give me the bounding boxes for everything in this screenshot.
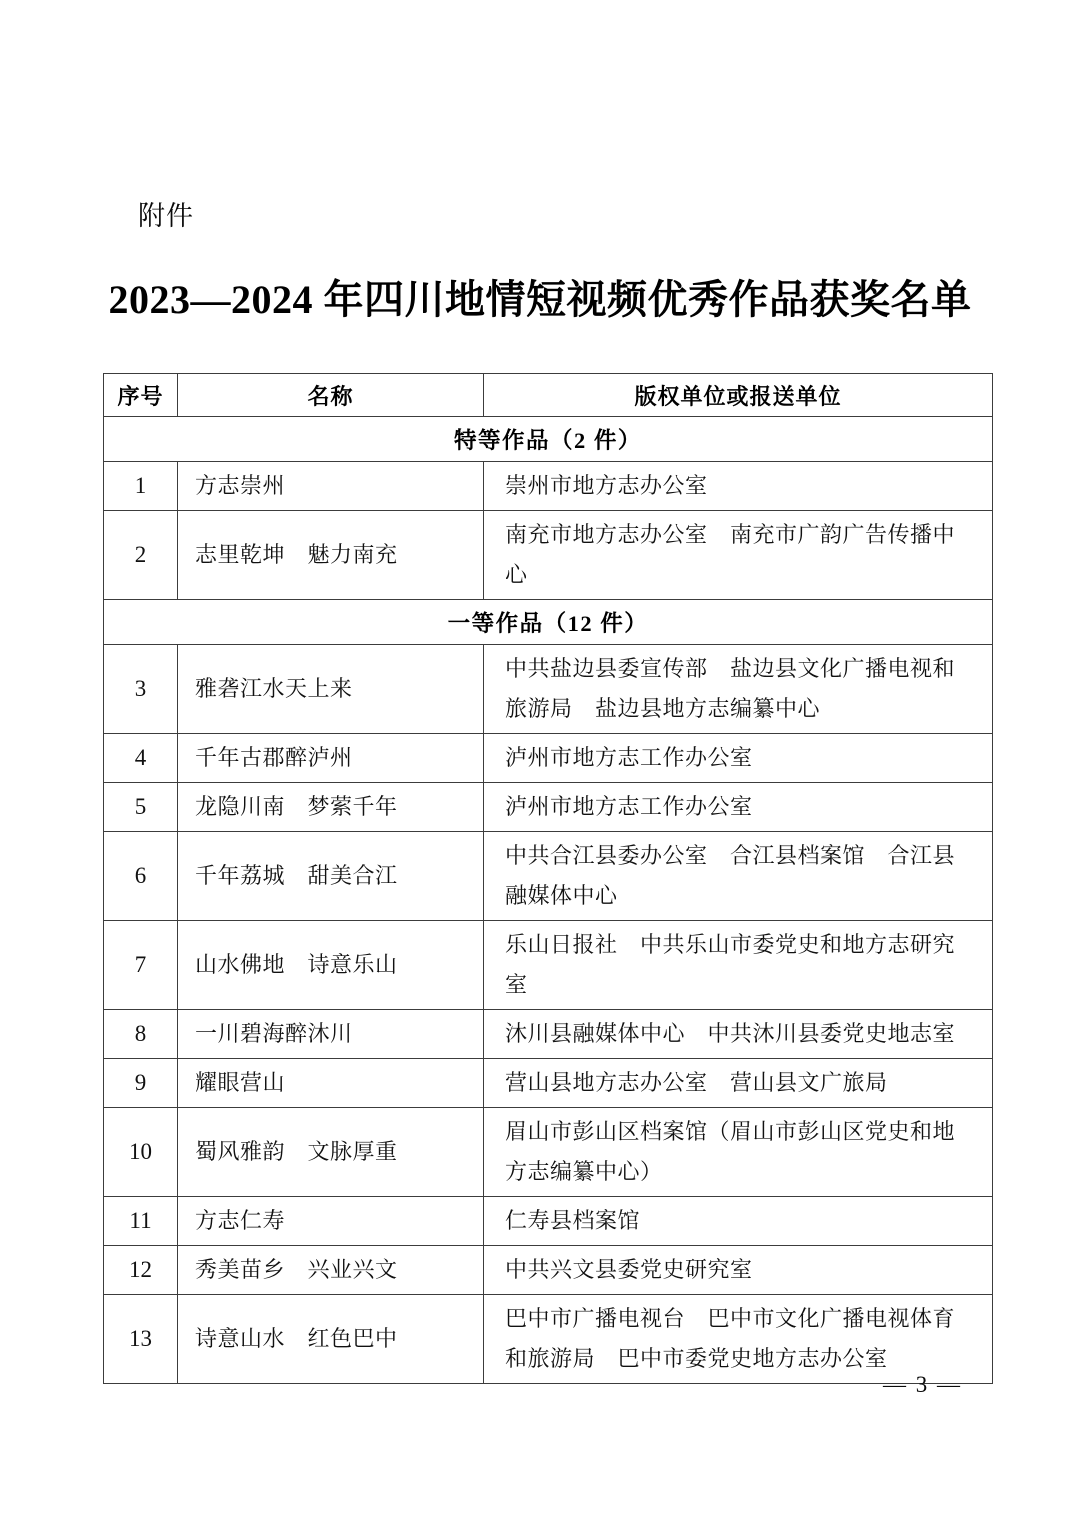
work-name: 方志仁寿 [178,1197,484,1246]
work-name: 耀眼营山 [178,1059,484,1108]
row-number: 12 [104,1246,178,1295]
row-number: 1 [104,462,178,511]
table-row: 4千年古郡醉泸州泸州市地方志工作办公室 [104,734,993,783]
row-number: 3 [104,645,178,734]
unit-name: 沐川县融媒体中心 中共沐川县委党史地志室 [484,1010,993,1059]
unit-name: 崇州市地方志办公室 [484,462,993,511]
work-name: 秀美苗乡 兴业兴文 [178,1246,484,1295]
column-header-number: 序号 [104,374,178,417]
section-label: 特等作品（2 件） [104,417,993,462]
work-name: 龙隐川南 梦萦千年 [178,783,484,832]
table-body: 特等作品（2 件）1方志崇州崇州市地方志办公室2志里乾坤 魅力南充南充市地方志办… [104,417,993,1384]
work-name: 蜀风雅韵 文脉厚重 [178,1108,484,1197]
document-title: 2023—2024 年四川地情短视频优秀作品获奖名单 [0,268,1080,325]
work-name: 山水佛地 诗意乐山 [178,921,484,1010]
row-number: 6 [104,832,178,921]
row-number: 8 [104,1010,178,1059]
table-row: 7山水佛地 诗意乐山乐山日报社 中共乐山市委党史和地方志研究室 [104,921,993,1010]
attachment-label: 附件 [138,194,194,233]
work-name: 志里乾坤 魅力南充 [178,511,484,600]
table-row: 8一川碧海醉沐川沐川县融媒体中心 中共沐川县委党史地志室 [104,1010,993,1059]
table-header-row: 序号 名称 版权单位或报送单位 [104,374,993,417]
document-page: 附件 2023—2024 年四川地情短视频优秀作品获奖名单 序号 名称 版权单位… [0,0,1080,1527]
table-row: 9耀眼营山营山县地方志办公室 营山县文广旅局 [104,1059,993,1108]
unit-name: 仁寿县档案馆 [484,1197,993,1246]
table-row: 1方志崇州崇州市地方志办公室 [104,462,993,511]
page-number: — 3 — [883,1372,962,1398]
table-row: 6千年荔城 甜美合江中共合江县委办公室 合江县档案馆 合江县融媒体中心 [104,832,993,921]
row-number: 2 [104,511,178,600]
unit-name: 中共盐边县委宣传部 盐边县文化广播电视和旅游局 盐边县地方志编纂中心 [484,645,993,734]
unit-name: 巴中市广播电视台 巴中市文化广播电视体育和旅游局 巴中市委党史地方志办公室 [484,1295,993,1384]
unit-name: 中共兴文县委党史研究室 [484,1246,993,1295]
work-name: 雅砻江水天上来 [178,645,484,734]
unit-name: 眉山市彭山区档案馆（眉山市彭山区党史和地方志编纂中心） [484,1108,993,1197]
row-number: 10 [104,1108,178,1197]
table-row: 3雅砻江水天上来中共盐边县委宣传部 盐边县文化广播电视和旅游局 盐边县地方志编纂… [104,645,993,734]
table-row: 10蜀风雅韵 文脉厚重眉山市彭山区档案馆（眉山市彭山区党史和地方志编纂中心） [104,1108,993,1197]
table-row: 12秀美苗乡 兴业兴文中共兴文县委党史研究室 [104,1246,993,1295]
row-number: 13 [104,1295,178,1384]
column-header-unit: 版权单位或报送单位 [484,374,993,417]
work-name: 千年古郡醉泸州 [178,734,484,783]
unit-name: 南充市地方志办公室 南充市广韵广告传播中心 [484,511,993,600]
row-number: 11 [104,1197,178,1246]
row-number: 5 [104,783,178,832]
section-row: 特等作品（2 件） [104,417,993,462]
awards-table: 序号 名称 版权单位或报送单位 特等作品（2 件）1方志崇州崇州市地方志办公室2… [103,373,993,1384]
table-row: 11方志仁寿仁寿县档案馆 [104,1197,993,1246]
row-number: 4 [104,734,178,783]
unit-name: 乐山日报社 中共乐山市委党史和地方志研究室 [484,921,993,1010]
unit-name: 泸州市地方志工作办公室 [484,783,993,832]
work-name: 一川碧海醉沐川 [178,1010,484,1059]
row-number: 9 [104,1059,178,1108]
work-name: 方志崇州 [178,462,484,511]
unit-name: 营山县地方志办公室 营山县文广旅局 [484,1059,993,1108]
row-number: 7 [104,921,178,1010]
unit-name: 泸州市地方志工作办公室 [484,734,993,783]
work-name: 千年荔城 甜美合江 [178,832,484,921]
column-header-name: 名称 [178,374,484,417]
section-label: 一等作品（12 件） [104,600,993,645]
work-name: 诗意山水 红色巴中 [178,1295,484,1384]
section-row: 一等作品（12 件） [104,600,993,645]
table-row: 13诗意山水 红色巴中巴中市广播电视台 巴中市文化广播电视体育和旅游局 巴中市委… [104,1295,993,1384]
table-row: 2志里乾坤 魅力南充南充市地方志办公室 南充市广韵广告传播中心 [104,511,993,600]
unit-name: 中共合江县委办公室 合江县档案馆 合江县融媒体中心 [484,832,993,921]
table-row: 5龙隐川南 梦萦千年泸州市地方志工作办公室 [104,783,993,832]
